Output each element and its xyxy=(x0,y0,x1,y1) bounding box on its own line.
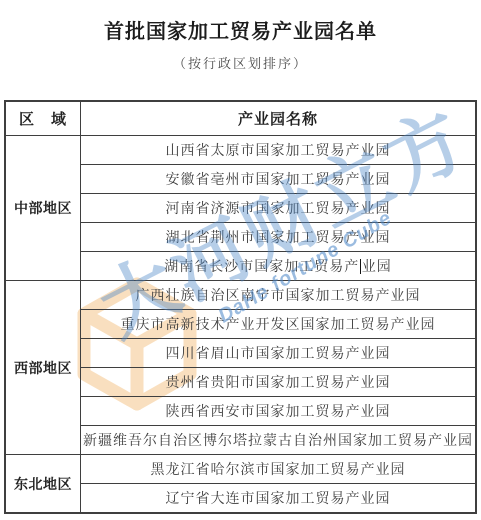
park-name-cell: 湖北省荆州市国家加工贸易产业园 xyxy=(81,223,477,252)
park-name-cell: 湖南省长沙市国家加工贸易产业园 xyxy=(81,252,477,281)
park-name-text: 湖南省长沙市国家加工贸易产 xyxy=(164,258,359,274)
park-name-text: 业园 xyxy=(362,258,392,274)
parks-table: 区 域 产业园名称 中部地区山西省太原市国家加工贸易产业园安徽省亳州市国家加工贸… xyxy=(4,100,477,514)
park-name-cell: 陕西省西安市国家加工贸易产业园 xyxy=(81,397,477,426)
page-title: 首批国家加工贸易产业园名单 xyxy=(0,0,481,44)
document-page: 首批国家加工贸易产业园名单 （按行政区划排序） 区 域 产业园名称 中部地区山西… xyxy=(0,0,481,520)
region-cell: 东北地区 xyxy=(5,455,81,514)
park-name-cell: 四川省眉山市国家加工贸易产业园 xyxy=(81,339,477,368)
page-subtitle: （按行政区划排序） xyxy=(0,53,481,72)
region-cell: 中部地区 xyxy=(5,136,81,281)
header-region: 区 域 xyxy=(5,101,81,136)
park-name-cell: 辽宁省大连市国家加工贸易产业园 xyxy=(81,484,477,514)
park-name-cell: 重庆市高新技术产业开发区国家加工贸易产业园 xyxy=(81,310,477,339)
park-name-cell: 新疆维吾尔自治区博尔塔拉蒙古自治州国家加工贸易产业园 xyxy=(81,426,477,455)
park-name-cell: 安徽省亳州市国家加工贸易产业园 xyxy=(81,165,477,194)
park-row: 西部地区广西壮族自治区南宁市国家加工贸易产业园 xyxy=(5,281,476,310)
park-name-cell: 贵州省贵阳市国家加工贸易产业园 xyxy=(81,368,477,397)
park-name-cell: 河南省济源市国家加工贸易产业园 xyxy=(81,194,477,223)
park-name-cell: 黑龙江省哈尔滨市国家加工贸易产业园 xyxy=(81,455,477,484)
park-name-cell: 广西壮族自治区南宁市国家加工贸易产业园 xyxy=(81,281,477,310)
park-name-cell: 山西省太原市国家加工贸易产业园 xyxy=(81,136,477,165)
region-cell: 西部地区 xyxy=(5,281,81,455)
table-header-row: 区 域 产业园名称 xyxy=(5,101,476,136)
park-row: 中部地区山西省太原市国家加工贸易产业园 xyxy=(5,136,476,165)
header-park-name: 产业园名称 xyxy=(81,101,477,136)
park-row: 东北地区黑龙江省哈尔滨市国家加工贸易产业园 xyxy=(5,455,476,484)
